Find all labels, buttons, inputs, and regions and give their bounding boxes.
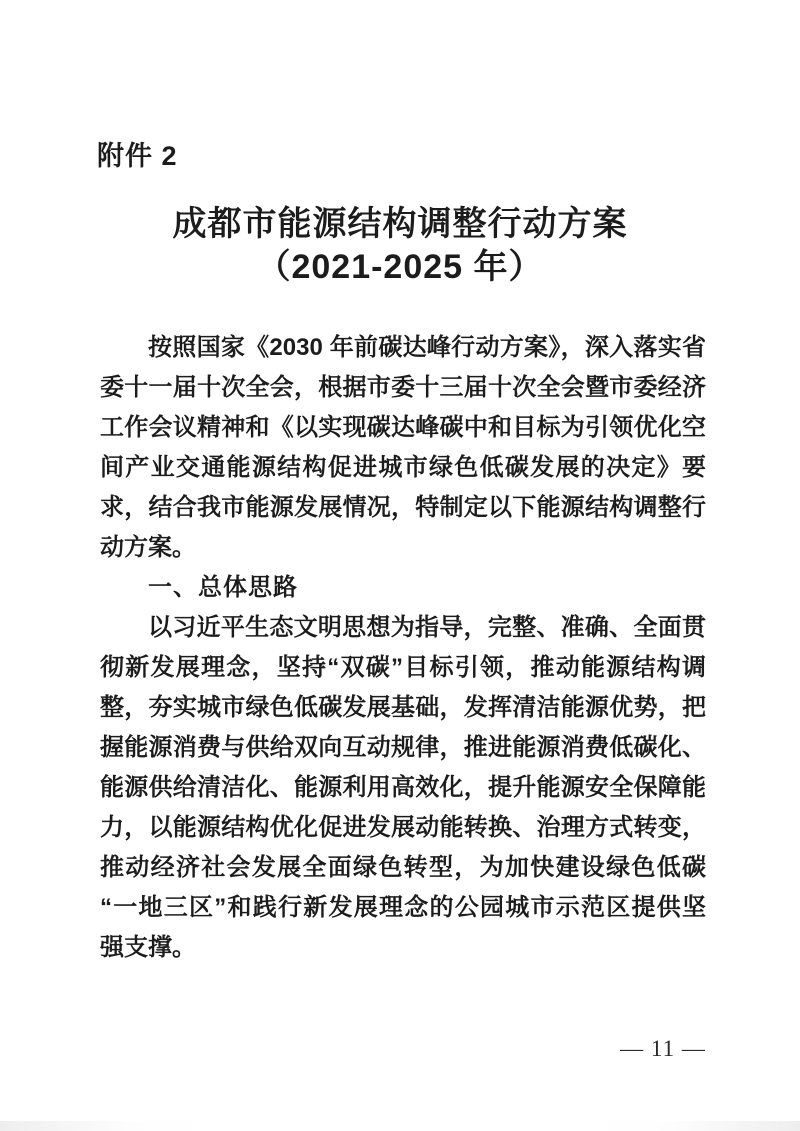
section-heading: 一、总体思路	[100, 568, 706, 608]
doc-title-line1: 成都市能源结构调整行动方案	[0, 203, 800, 246]
body-line: 委十一届十次全会，根据市委十三届十次全会暨市委经济	[100, 368, 706, 408]
body-line: 握能源消费与供给双向互动规律，推进能源消费低碳化、	[100, 728, 706, 768]
page-number: — 11 —	[618, 1036, 708, 1062]
attachment-label: 附件 2	[97, 134, 178, 173]
doc-body: 按照国家《2030 年前碳达峰行动方案》，深入落实省 委十一届十次全会，根据市委…	[100, 328, 706, 968]
body-line: 按照国家《2030 年前碳达峰行动方案》，深入落实省	[100, 328, 706, 368]
body-line: 整，夯实城市绿色低碳发展基础，发挥清洁能源优势，把	[100, 688, 706, 728]
scan-noise	[590, 1121, 800, 1131]
body-line: 强支撑。	[100, 928, 706, 968]
body-line: 动方案。	[100, 528, 706, 568]
doc-title: 成都市能源结构调整行动方案 （2021-2025 年）	[0, 203, 800, 289]
body-line: 彻新发展理念，坚持“双碳”目标引领，推动能源结构调	[100, 648, 706, 688]
scan-noise	[0, 1121, 210, 1131]
document-page: 附件 2 成都市能源结构调整行动方案 （2021-2025 年） 按照国家《20…	[0, 0, 800, 1131]
body-line: 推动经济社会发展全面绿色转型，为加快建设绿色低碳	[100, 848, 706, 888]
body-line: 以习近平生态文明思想为指导，完整、准确、全面贯	[100, 608, 706, 648]
body-line: 力，以能源结构优化促进发展动能转换、治理方式转变，	[100, 808, 706, 848]
body-line: 间产业交通能源结构促进城市绿色低碳发展的决定》要	[100, 448, 706, 488]
body-line: 求，结合我市能源发展情况，特制定以下能源结构调整行	[100, 488, 706, 528]
doc-title-line2: （2021-2025 年）	[0, 246, 800, 289]
body-line: 能源供给清洁化、能源利用高效化，提升能源安全保障能	[100, 768, 706, 808]
body-line: “一地三区”和践行新发展理念的公园城市示范区提供坚	[100, 888, 706, 928]
body-line: 工作会议精神和《以实现碳达峰碳中和目标为引领优化空	[100, 408, 706, 448]
